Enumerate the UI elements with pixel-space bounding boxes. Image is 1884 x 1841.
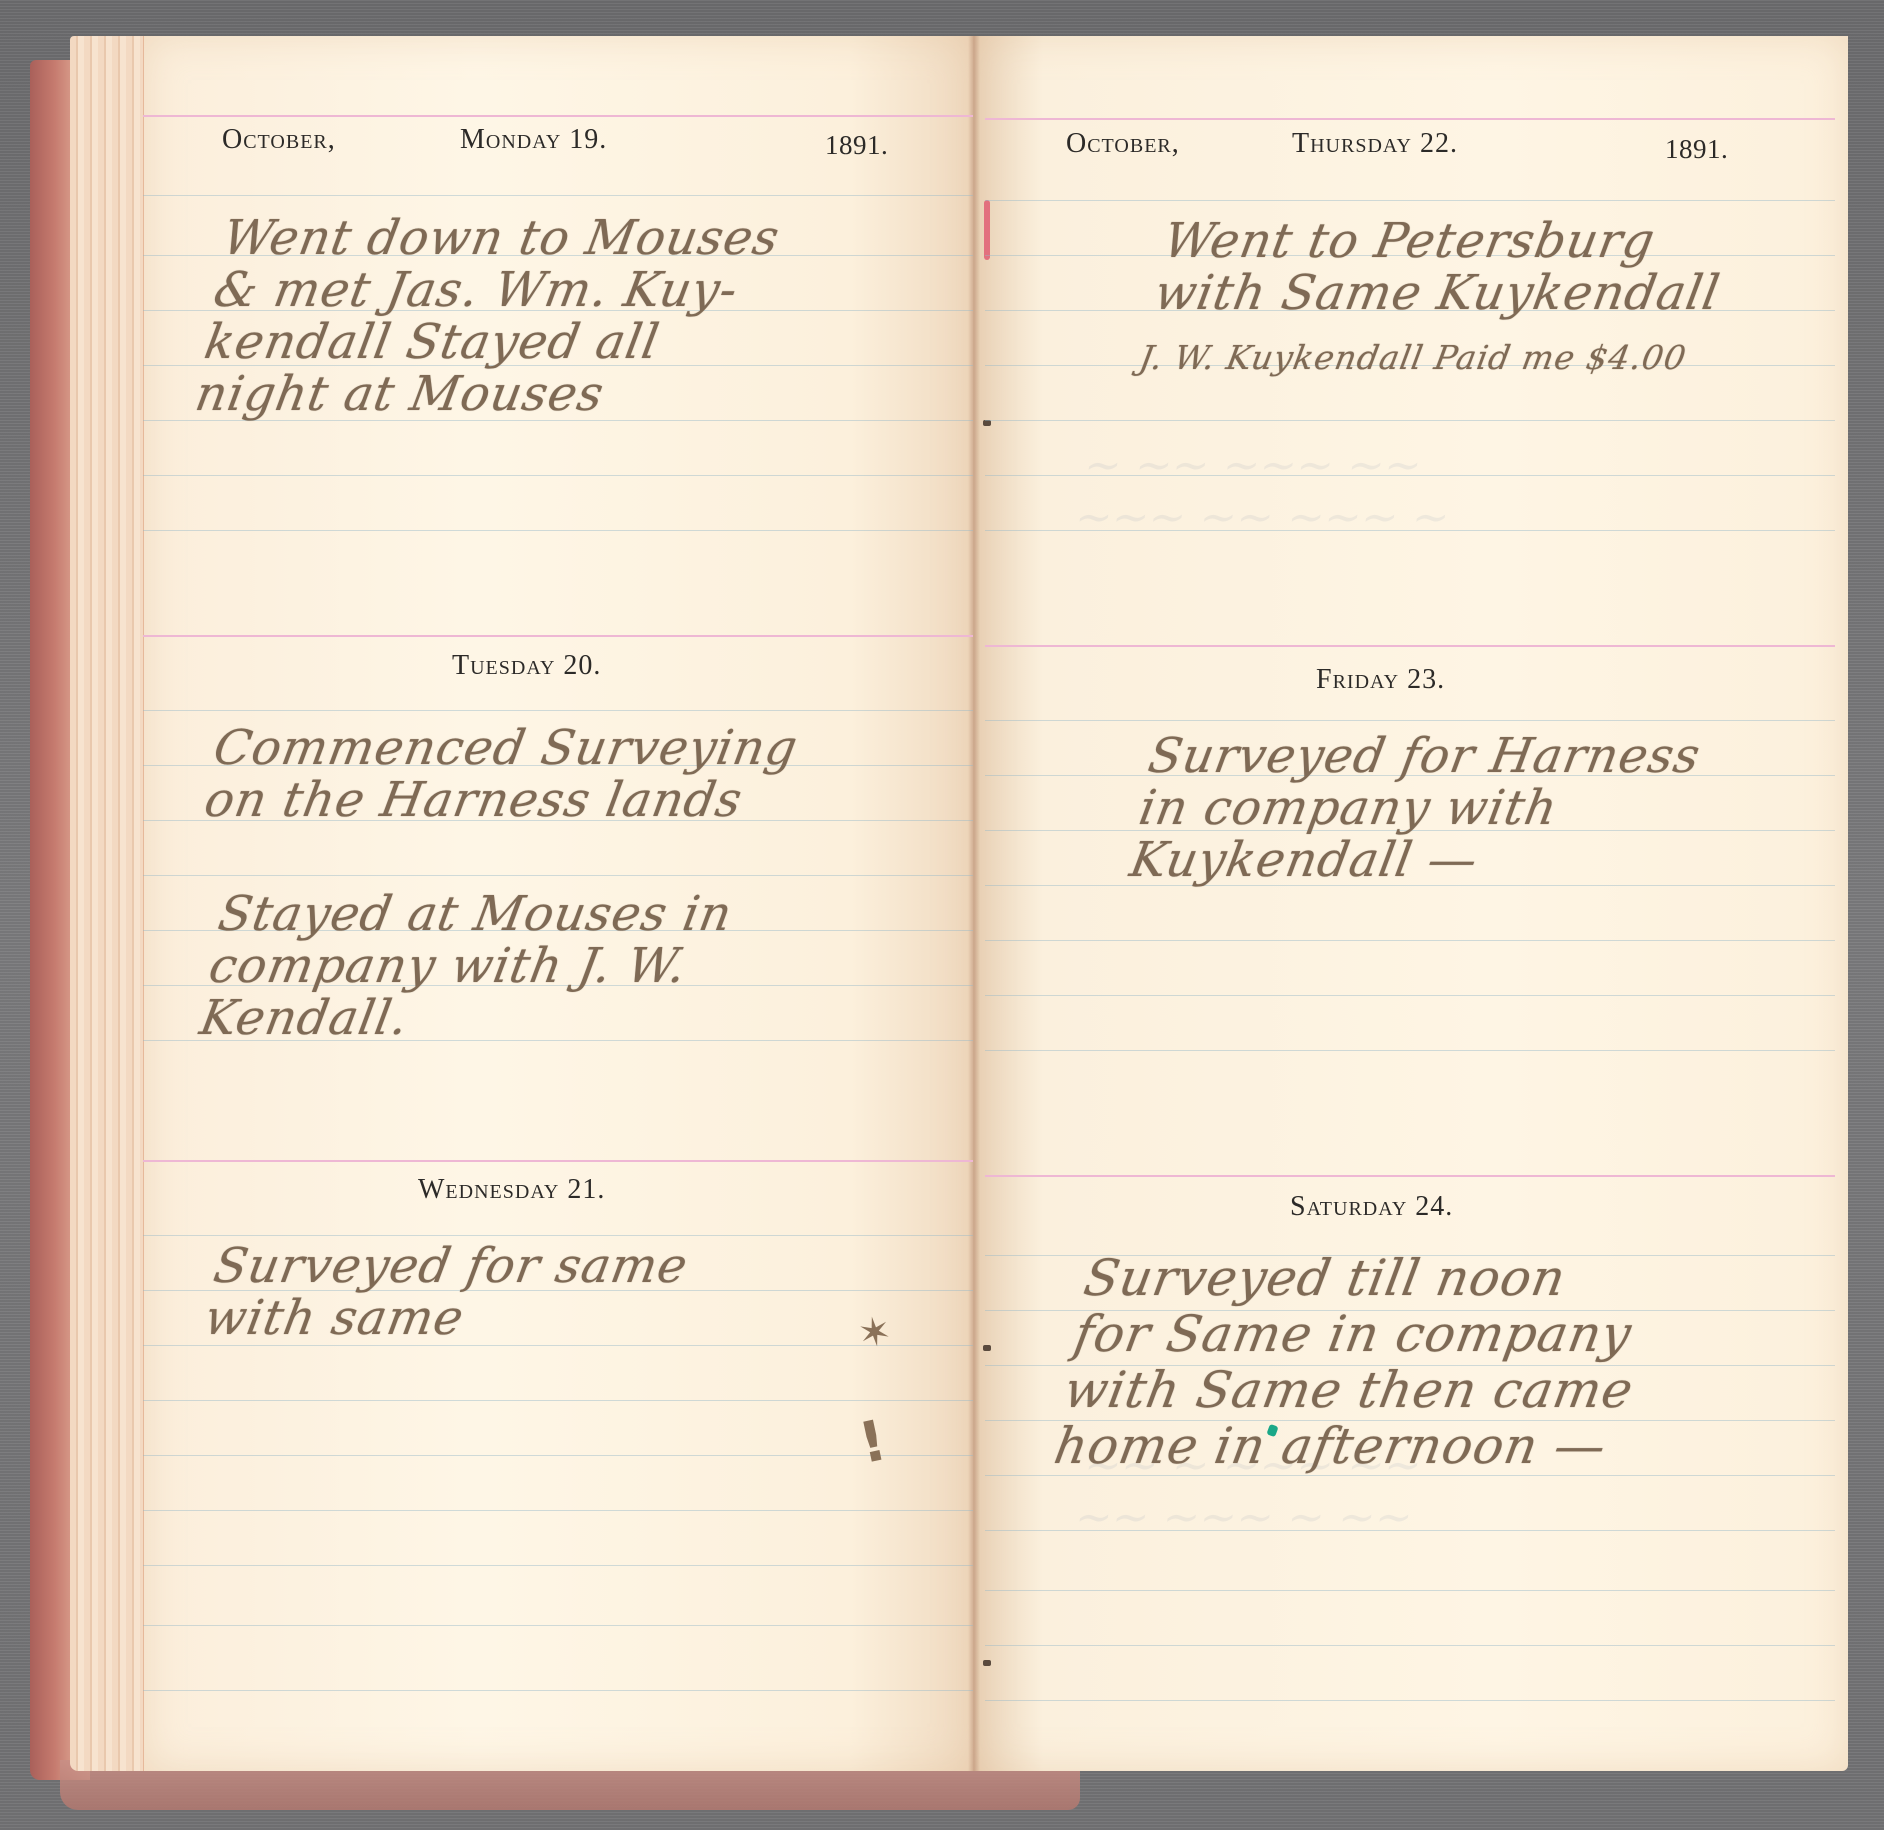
diary-entry-tuesday-20-continued: Stayed at Mouses in company with J. W. K… [196,888,736,1044]
day-heading-wednesday-21: Wednesday 21. [418,1174,605,1206]
left-header-day: Monday 19. [460,124,607,156]
diary-entry-friday-23: Surveyed for Harness in company with Kuy… [1126,730,1704,886]
diary-entry-thursday-22-payment: J. W. Kuykendall Paid me $4.00 [1136,338,1689,378]
diary-entry-wednesday-21: Surveyed for same with same [201,1240,692,1344]
binding-stitch [983,1660,991,1666]
diary-entry-monday-19: Went down to Mouses & met Jas. Wm. Kuy- … [192,212,784,420]
day-heading-saturday-24: Saturday 24. [1290,1191,1453,1223]
right-header-year: 1891. [1665,134,1728,165]
reverse-side-bleed-through: ~ ~~ ~~~ ~~ ~~~ ~~ ~~~ ~ [1071,440,1463,544]
right-header-month: October, [1066,128,1180,160]
day-heading-tuesday-20: Tuesday 20. [452,650,601,682]
left-header-year: 1891. [825,130,888,161]
page-stack-edges [70,36,150,1771]
left-header-month: October, [222,124,336,156]
binding-stitch [983,1345,991,1351]
diary-entry-thursday-22: Went to Petersburg with Same Kuykendall [1151,215,1733,319]
diary-entry-tuesday-20: Commenced Surveying on the Harness lands [201,722,802,826]
ribbon-marker [984,200,990,260]
right-header-day: Thursday 22. [1292,128,1458,160]
day-heading-friday-23: Friday 23. [1316,664,1445,696]
diary-entry-saturday-24: Surveyed till noon for Same in company w… [1050,1250,1657,1474]
